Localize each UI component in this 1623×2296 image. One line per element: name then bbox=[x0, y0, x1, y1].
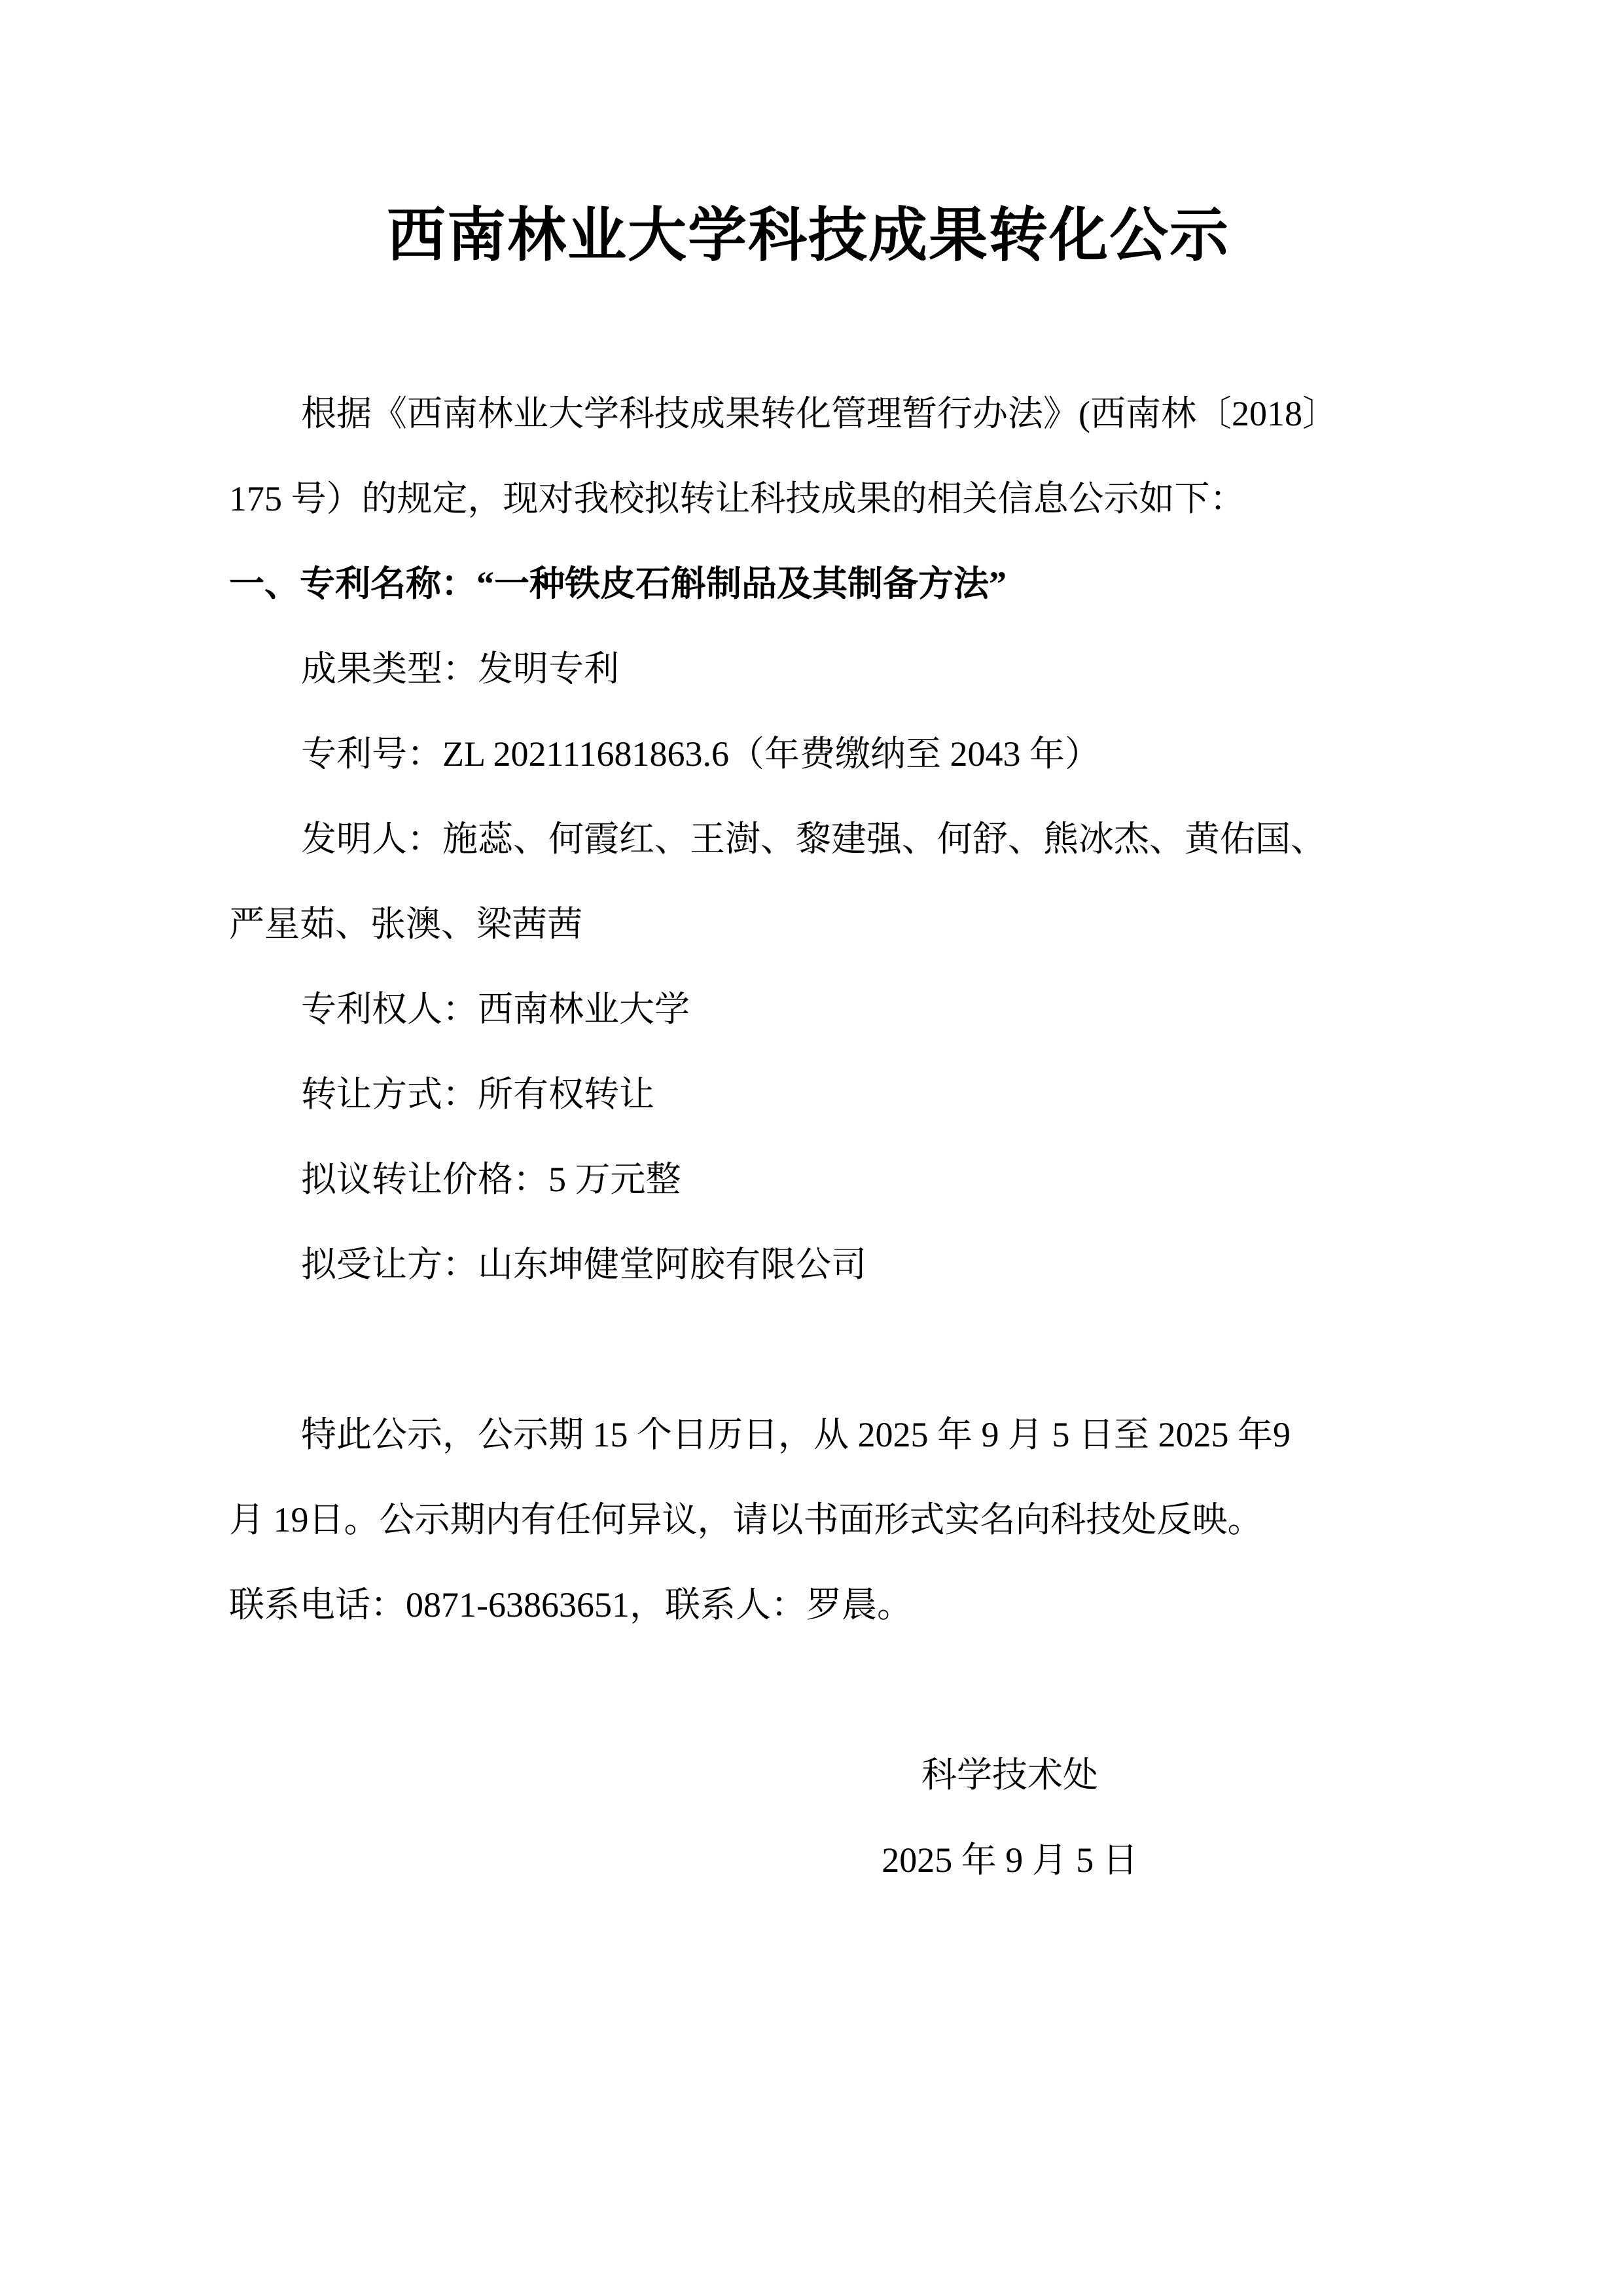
detail-proposed-price: 拟议转让价格：5 万元整 bbox=[229, 1137, 1387, 1222]
detail-patent-owner: 专利权人：西南林业大学 bbox=[229, 967, 1387, 1052]
signature-block: 科学技术处 2025 年 9 月 5 日 bbox=[229, 1732, 1387, 1903]
detail-patent-number: 专利号：ZL 202111681863.6（年费缴纳至 2043 年） bbox=[229, 711, 1387, 797]
blank-line bbox=[229, 1647, 1387, 1732]
blank-line bbox=[229, 1307, 1387, 1392]
signature-date: 2025 年 9 月 5 日 bbox=[632, 1818, 1387, 1903]
detail-transfer-method: 转让方式：所有权转让 bbox=[229, 1052, 1387, 1137]
notice-page: 西南林业大学科技成果转化公示 根据《西南林业大学科技成果转化管理暂行办法》(西南… bbox=[0, 0, 1623, 2296]
page-title: 西南林业大学科技成果转化公示 bbox=[229, 200, 1387, 273]
detail-result-type: 成果类型：发明专利 bbox=[229, 626, 1387, 711]
intro-paragraph: 根据《西南林业大学科技成果转化管理暂行办法》(西南林〔2018〕 175 号）的… bbox=[229, 371, 1387, 541]
detail-inventors: 发明人：施蕊、何霞红、王澍、黎建强、何舒、熊冰杰、黄佑国、 严星茹、张澳、梁茜茜 bbox=[229, 797, 1387, 967]
section-heading-patent-name: 一、专利名称：“一种铁皮石斛制品及其制备方法” bbox=[229, 541, 1387, 626]
signature-department: 科学技术处 bbox=[632, 1732, 1387, 1818]
detail-proposed-transferee: 拟受让方：山东坤健堂阿胶有限公司 bbox=[229, 1222, 1387, 1307]
notice-paragraph: 特此公示，公示期 15 个日历日，从 2025 年 9 月 5 日至 2025 … bbox=[229, 1392, 1387, 1647]
